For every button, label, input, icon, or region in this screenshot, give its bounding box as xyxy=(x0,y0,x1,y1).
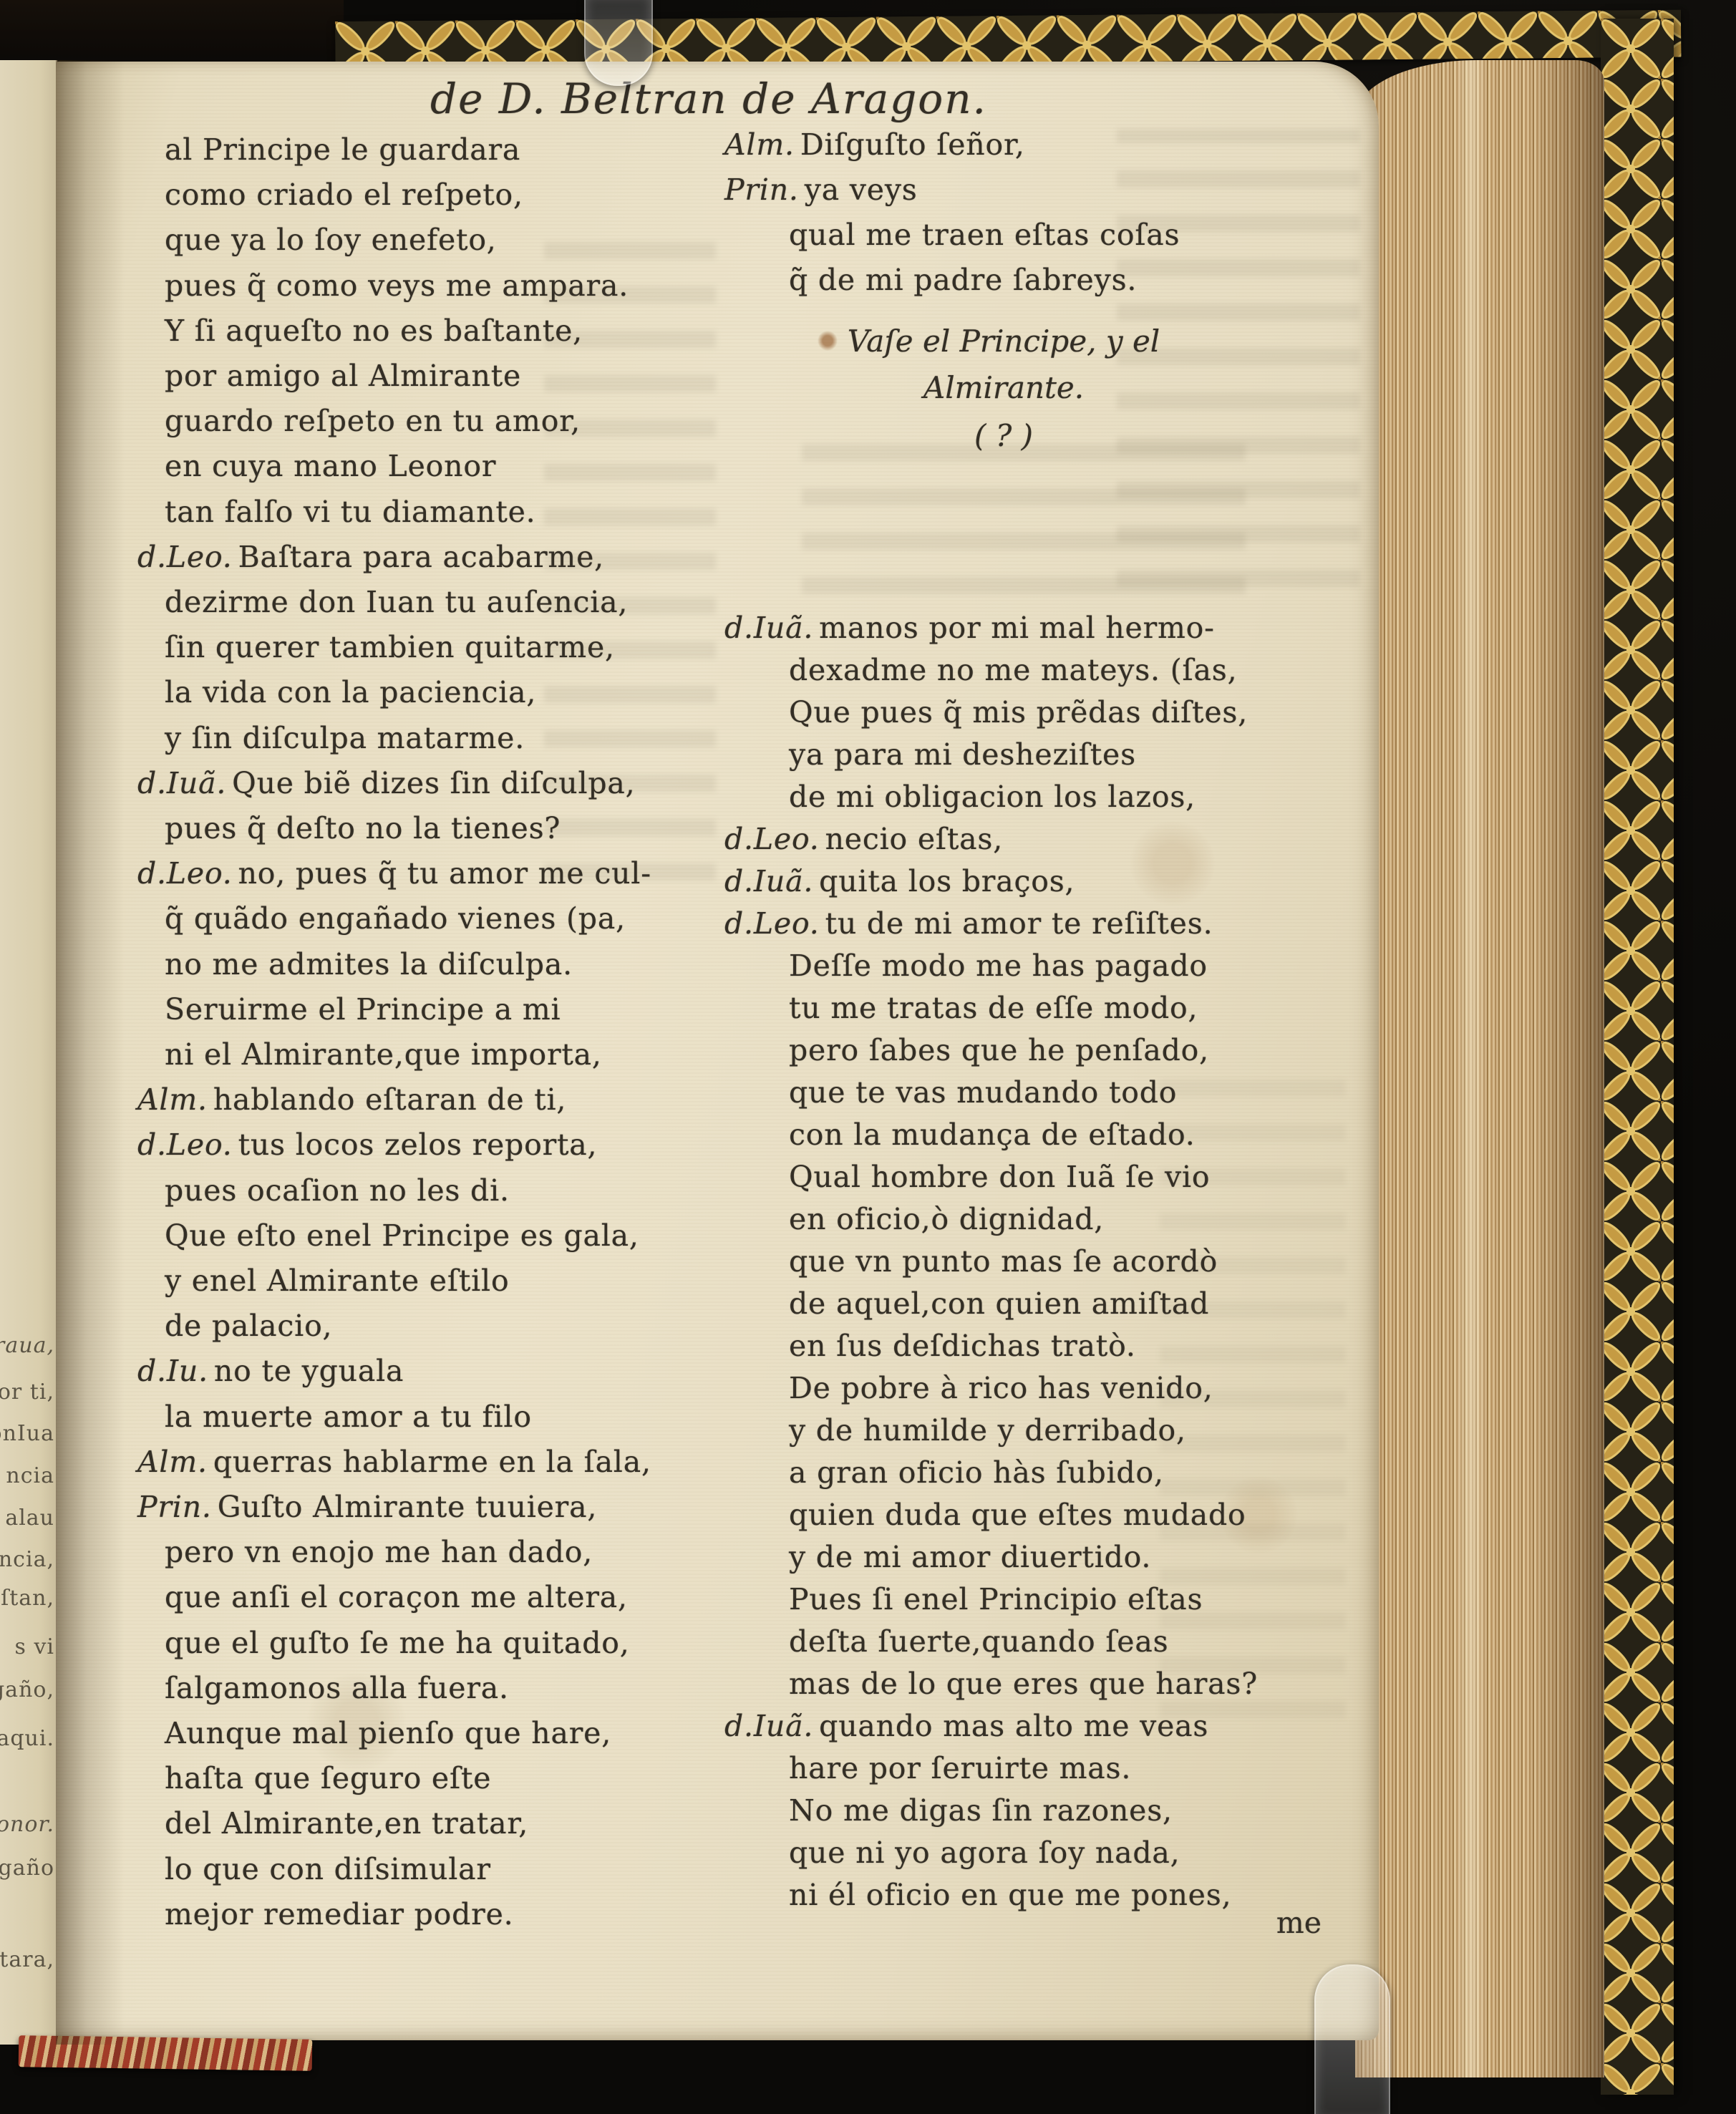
verse-line: Que eſto enel Principe es gala, xyxy=(165,1218,639,1253)
verse-line: tan falſo vi tu diamante. xyxy=(165,495,536,529)
verse-text: tu me tratas de eſſe modo, xyxy=(789,991,1198,1025)
verse-text: manos por mi mal hermo- xyxy=(819,611,1215,645)
verse-text: guardo reſpeto en tu amor, xyxy=(165,404,581,438)
verse-text: mas de lo que eres que haras? xyxy=(789,1667,1258,1701)
verse-text: q̃ quãdo engañado vienes (pa, xyxy=(165,901,626,936)
verse-line: en oficio,ò dignidad, xyxy=(789,1202,1104,1236)
verse-line: Aunque mal pienſo que hare, xyxy=(165,1716,611,1750)
verse-text: la vida con la paciencia, xyxy=(165,675,536,709)
verse-text: No me digas ſin razones, xyxy=(789,1793,1173,1828)
verse-line-with-speaker: d.Leo.no, pues q̃ tu amor me cul- xyxy=(137,856,651,891)
verse-text: de mi obligacion los lazos, xyxy=(789,780,1196,814)
verse-line: hare por ſeruirte mas. xyxy=(789,1751,1131,1785)
verse-text: ya para mi desheziſtes xyxy=(789,737,1136,772)
verse-line: no me admites la diſculpa. xyxy=(165,947,573,981)
verse-line: Pues ſi enel Principio eſtas xyxy=(789,1582,1203,1616)
verse-text: ſalgamonos alla fuera. xyxy=(165,1671,509,1705)
verse-line: Qual hombre don Iuã ſe vio xyxy=(789,1160,1210,1194)
verse-line-with-speaker: d.Iuã.quando mas alto me veas xyxy=(724,1709,1208,1743)
verse-line: haſta que ſeguro eſte xyxy=(165,1761,491,1795)
verse-line: pues q̃ deſto no la tienes? xyxy=(165,811,561,845)
speaker-label: d.Leo. xyxy=(137,540,233,574)
verse-text: no, pues q̃ tu amor me cul- xyxy=(238,856,651,891)
verse-line: de aquel,con quien amiſtad xyxy=(789,1286,1209,1321)
verse-line: ſin querer tambien quitarme, xyxy=(165,630,615,664)
verse-line: como criado el reſpeto, xyxy=(165,178,523,212)
verse-line: tu me tratas de eſſe modo, xyxy=(789,991,1198,1025)
verse-text: a gran oficio hàs ſubido, xyxy=(789,1455,1164,1490)
speaker-label: d.Iuã. xyxy=(724,1709,813,1743)
verse-text: haſta que ſeguro eſte xyxy=(165,1761,491,1795)
verse-line: a gran oficio hàs ſubido, xyxy=(789,1455,1164,1490)
verse-line: que anſi el coraçon me altera, xyxy=(165,1580,628,1614)
verse-text: Y ſi aqueſto no es baſtante, xyxy=(165,314,583,348)
speaker-label: d.Leo. xyxy=(137,1128,233,1162)
verse-text: lo que con diſsimular xyxy=(165,1852,491,1886)
verse-column-right-main: d.Iuã.manos por mi mal hermo-dexadme no … xyxy=(724,0,1326,2040)
verse-line-with-speaker: Alm.hablando eſtaran de ti, xyxy=(137,1082,566,1117)
verse-text: dexadme no me mateys. (ſas, xyxy=(789,653,1237,687)
verse-text: en oficio,ò dignidad, xyxy=(789,1202,1104,1236)
verse-text: Seruirme el Principe a mi xyxy=(165,992,561,1027)
verse-line: por amigo al Almirante xyxy=(165,359,521,393)
verse-text: pero ſabes que he penſado, xyxy=(789,1033,1209,1067)
verse-text: al Principe le guardara xyxy=(165,132,520,167)
verse-line-with-speaker: d.Leo.tu de mi amor te reſiſtes. xyxy=(724,906,1213,941)
verse-line-with-speaker: d.Leo.necio eſtas, xyxy=(724,822,1003,856)
verse-line: Deſſe modo me has pagado xyxy=(789,949,1208,983)
speaker-label: Alm. xyxy=(137,1445,208,1479)
verse-text: por amigo al Almirante xyxy=(165,359,521,393)
verse-text: Que pues q̃ mis prẽdas diſtes, xyxy=(789,695,1248,729)
plastic-clamp-top xyxy=(584,0,653,86)
verse-text: no te yguala xyxy=(214,1354,404,1388)
verse-text: como criado el reſpeto, xyxy=(165,178,523,212)
verse-line: la vida con la paciencia, xyxy=(165,675,536,709)
verse-line-with-speaker: d.Iuã.Que biẽ dizes ſin diſculpa, xyxy=(137,766,636,800)
verse-text: tan falſo vi tu diamante. xyxy=(165,495,536,529)
speaker-label: d.Iu. xyxy=(137,1354,208,1388)
verse-line: pero vn enojo me han dado, xyxy=(165,1535,593,1569)
verse-text: dezirme don Iuan tu auſencia, xyxy=(165,585,628,619)
verse-text: pues ocaſion no les di. xyxy=(165,1173,510,1208)
speaker-label: Prin. xyxy=(137,1490,212,1524)
verse-text: ſin querer tambien quitarme, xyxy=(165,630,615,664)
verse-text: Que eſto enel Principe es gala, xyxy=(165,1218,639,1253)
verse-text: ni el Almirante,que importa, xyxy=(165,1037,602,1072)
verse-line-with-speaker: d.Leo.tus locos zelos reporta, xyxy=(137,1128,597,1162)
verse-line: dexadme no me mateys. (ſas, xyxy=(789,653,1237,687)
plastic-clamp-bottom xyxy=(1314,1964,1390,2114)
speaker-label: d.Leo. xyxy=(724,822,820,856)
verse-text: la muerte amor a tu filo xyxy=(165,1400,532,1434)
verse-line: pues ocaſion no les di. xyxy=(165,1173,510,1208)
verse-text: de palacio, xyxy=(165,1309,332,1343)
verse-line: que el guſto ſe me ha quitado, xyxy=(165,1626,630,1660)
verse-line-with-speaker: d.Leo.Baſtara para acabarme, xyxy=(137,540,604,574)
verse-text: mejor remediar podre. xyxy=(165,1897,513,1931)
verse-text: de aquel,con quien amiſtad xyxy=(789,1286,1209,1321)
verse-line: deſta ſuerte,quando ſeas xyxy=(789,1624,1168,1659)
verse-line: No me digas ſin razones, xyxy=(789,1793,1173,1828)
verse-line: pues q̃ como veys me ampara. xyxy=(165,268,629,303)
verse-text: Deſſe modo me has pagado xyxy=(789,949,1208,983)
speaker-label: Alm. xyxy=(137,1082,208,1117)
verse-line: en ſus deſdichas tratò. xyxy=(789,1329,1136,1363)
verse-text: en cuya mano Leonor xyxy=(165,449,496,483)
verse-line-with-speaker: Alm.querras hablarme en la ſala, xyxy=(137,1445,651,1479)
verse-text: y de mi amor diuertido. xyxy=(789,1540,1151,1574)
verse-line: quien duda que eſtes mudado xyxy=(789,1498,1246,1532)
verse-text: que el guſto ſe me ha quitado, xyxy=(165,1626,630,1660)
verse-text: hablando eſtaran de ti, xyxy=(213,1082,566,1117)
page-text-layer: de D. Beltran de Aragon. al Principe le … xyxy=(0,0,1736,2114)
verse-text: quien duda que eſtes mudado xyxy=(789,1498,1246,1532)
verse-text: Aunque mal pienſo que hare, xyxy=(165,1716,611,1750)
verse-text: Pues ſi enel Principio eſtas xyxy=(789,1582,1203,1616)
verse-line: que ni yo agora ſoy nada, xyxy=(789,1836,1180,1870)
speaker-label: d.Iuã. xyxy=(137,766,226,800)
verse-text: necio eſtas, xyxy=(825,822,1004,856)
verse-text: con la mudança de eſtado. xyxy=(789,1117,1196,1152)
verse-line: de palacio, xyxy=(165,1309,332,1343)
speaker-label: d.Iuã. xyxy=(724,611,813,645)
verse-line: y de humilde y derribado, xyxy=(789,1413,1186,1448)
verse-line: Y ſi aqueſto no es baſtante, xyxy=(165,314,583,348)
catchword: me xyxy=(724,1906,1322,1940)
verse-line: q̃ quãdo engañado vienes (pa, xyxy=(165,901,626,936)
verse-line-with-speaker: Prin.Guſto Almirante tuuiera, xyxy=(137,1490,597,1524)
verse-line: ſalgamonos alla fuera. xyxy=(165,1671,509,1705)
verse-line: y de mi amor diuertido. xyxy=(789,1540,1151,1574)
verse-text: Baſtara para acabarme, xyxy=(238,540,604,574)
verse-line: ni el Almirante,que importa, xyxy=(165,1037,602,1072)
verse-text: deſta ſuerte,quando ſeas xyxy=(789,1624,1168,1659)
verse-text: Que biẽ dizes ſin diſculpa, xyxy=(232,766,635,800)
verse-line: y ſin diſculpa matarme. xyxy=(165,721,525,755)
verse-line: lo que con diſsimular xyxy=(165,1852,491,1886)
verse-line: De pobre à rico has venido, xyxy=(789,1371,1213,1405)
speaker-label: d.Leo. xyxy=(137,856,233,891)
verse-line: con la mudança de eſtado. xyxy=(789,1117,1196,1152)
verse-text: que vn punto mas ſe acordò xyxy=(789,1244,1218,1279)
verse-text: tu de mi amor te reſiſtes. xyxy=(825,906,1213,941)
verse-line: que vn punto mas ſe acordò xyxy=(789,1244,1218,1279)
verse-line: pero ſabes que he penſado, xyxy=(789,1033,1209,1067)
speaker-label: d.Iuã. xyxy=(724,864,813,898)
verse-line: en cuya mano Leonor xyxy=(165,449,496,483)
verse-line-with-speaker: d.Iuã.manos por mi mal hermo- xyxy=(724,611,1215,645)
verse-text: quita los braços, xyxy=(819,864,1075,898)
verse-text: que te vas mudando todo xyxy=(789,1075,1177,1110)
verse-line: ya para mi desheziſtes xyxy=(789,737,1136,772)
verse-text: pues q̃ como veys me ampara. xyxy=(165,268,629,303)
verse-text: tus locos zelos reporta, xyxy=(238,1128,598,1162)
verse-text: querras hablarme en la ſala, xyxy=(213,1445,651,1479)
verse-line-with-speaker: d.Iuã.quita los braços, xyxy=(724,864,1075,898)
verse-text: pues q̃ deſto no la tienes? xyxy=(165,811,561,845)
verse-line: mas de lo que eres que haras? xyxy=(789,1667,1258,1701)
verse-text: Guſto Almirante tuuiera, xyxy=(218,1490,597,1524)
verse-line: que ya lo ſoy enefeto, xyxy=(165,223,497,257)
verse-text: en ſus deſdichas tratò. xyxy=(789,1329,1136,1363)
verse-text: que anſi el coraçon me altera, xyxy=(165,1580,628,1614)
verse-line: de mi obligacion los lazos, xyxy=(789,780,1196,814)
verse-line: guardo reſpeto en tu amor, xyxy=(165,404,581,438)
verse-text: que ni yo agora ſoy nada, xyxy=(789,1836,1180,1870)
verse-line: la muerte amor a tu filo xyxy=(165,1400,532,1434)
verse-text: quando mas alto me veas xyxy=(819,1709,1208,1743)
verse-text: y enel Almirante eſtilo xyxy=(165,1264,509,1298)
verse-line: dezirme don Iuan tu auſencia, xyxy=(165,585,628,619)
verse-line: Que pues q̃ mis prẽdas diſtes, xyxy=(789,695,1248,729)
verse-line: al Principe le guardara xyxy=(165,132,520,167)
verse-line: Seruirme el Principe a mi xyxy=(165,992,561,1027)
verse-line: y enel Almirante eſtilo xyxy=(165,1264,509,1298)
verse-text: hare por ſeruirte mas. xyxy=(789,1751,1131,1785)
verse-text: y ſin diſculpa matarme. xyxy=(165,721,525,755)
verse-line-with-speaker: d.Iu.no te yguala xyxy=(137,1354,404,1388)
verse-text: no me admites la diſculpa. xyxy=(165,947,573,981)
speaker-label: d.Leo. xyxy=(724,906,820,941)
verse-line: del Almirante,en tratar, xyxy=(165,1806,528,1841)
verse-text: De pobre à rico has venido, xyxy=(789,1371,1213,1405)
verse-text: que ya lo ſoy enefeto, xyxy=(165,223,497,257)
verse-column-left: al Principe le guardaracomo criado el re… xyxy=(137,0,732,2040)
verse-text: pero vn enojo me han dado, xyxy=(165,1535,593,1569)
verse-text: y de humilde y derribado, xyxy=(789,1413,1186,1448)
verse-line: mejor remediar podre. xyxy=(165,1897,513,1931)
verse-text: del Almirante,en tratar, xyxy=(165,1806,528,1841)
verse-line: que te vas mudando todo xyxy=(789,1075,1177,1110)
verse-text: Qual hombre don Iuã ſe vio xyxy=(789,1160,1210,1194)
